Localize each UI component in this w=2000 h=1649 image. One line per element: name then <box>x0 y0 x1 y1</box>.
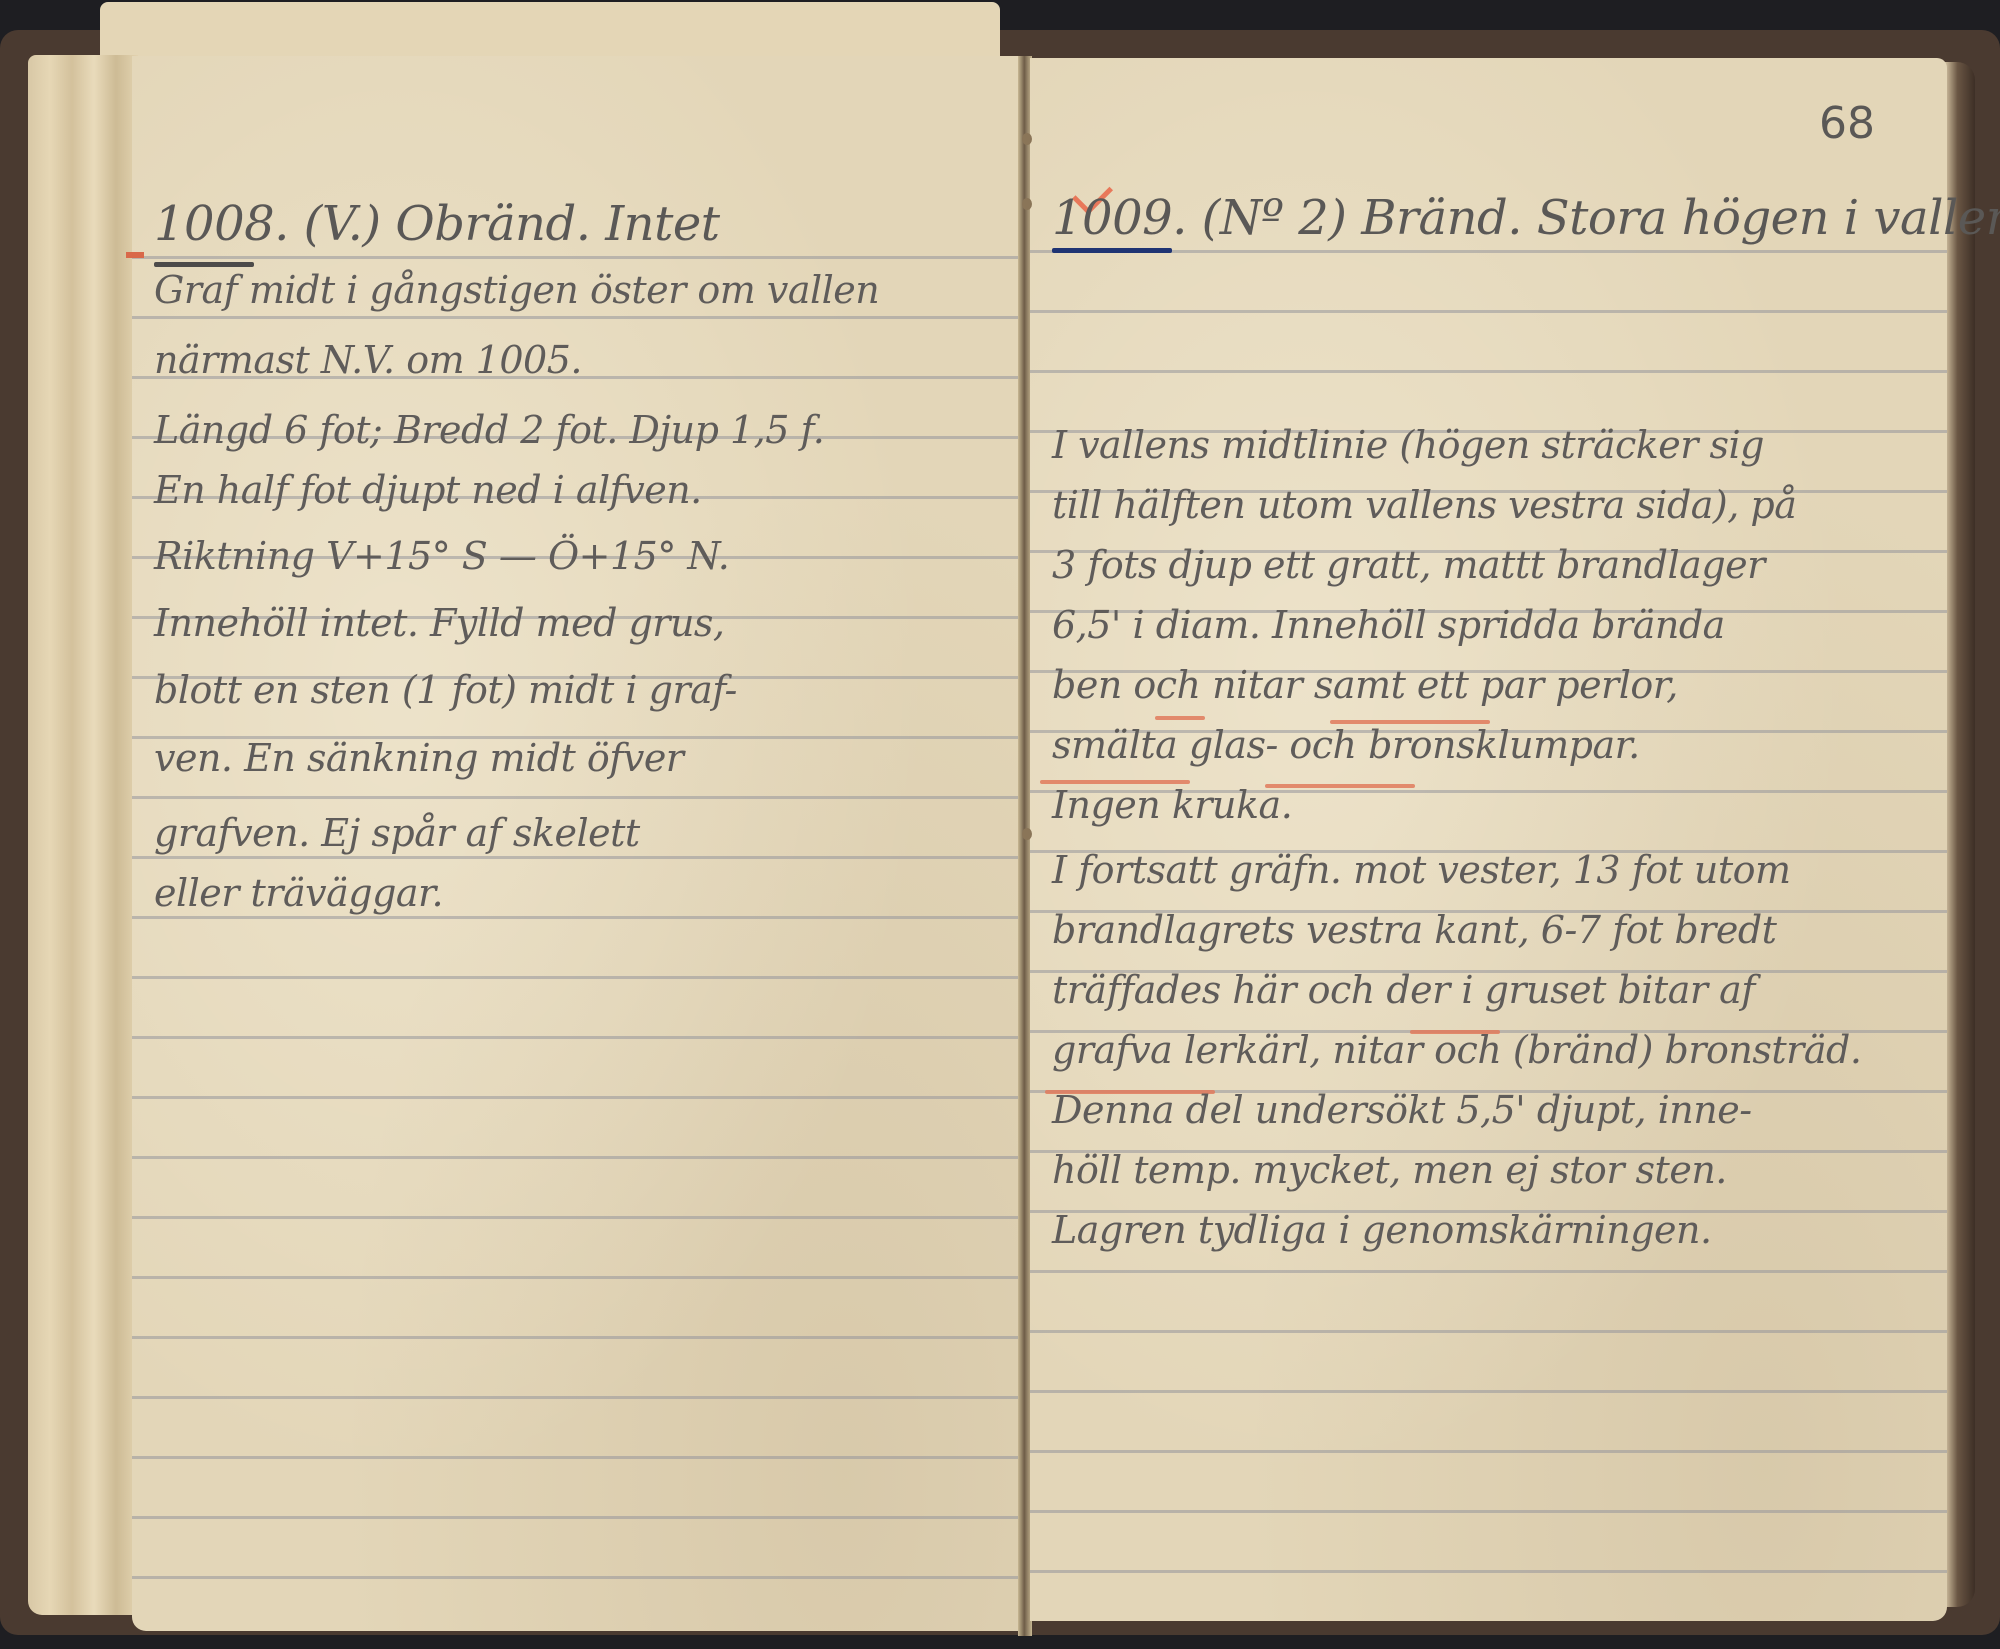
text-line: Riktning V+15° S — Ö+15° N. <box>154 534 729 578</box>
text-line: blott en sten (1 fot) midt i graf- <box>154 668 737 712</box>
text-line: I fortsatt gräfn. mot vester, 13 fot uto… <box>1052 848 1791 892</box>
rule-line <box>132 1156 1022 1159</box>
rule-line <box>132 976 1022 979</box>
text-line: 3 fots djup ett gratt, mattt brandlager <box>1052 543 1765 587</box>
text-line: Ingen kruka. <box>1052 783 1292 827</box>
rule-line <box>1030 1390 1947 1393</box>
text-line: I vallens midtlinie (högen sträcker sig <box>1052 423 1764 467</box>
page-number: 68 <box>1819 98 1875 149</box>
rule-line <box>132 1216 1022 1219</box>
binding-notch <box>1022 133 1032 145</box>
text-line: närmast N.V. om 1005. <box>154 338 582 382</box>
rule-line <box>1030 1570 1947 1573</box>
page-stack-top <box>100 2 1000 62</box>
rule-line <box>1030 1510 1947 1513</box>
entry-heading-1009: 1009. (Nº 2) Bränd. Stora högen i vallen <box>1052 190 2000 246</box>
red-margin-mark <box>126 252 144 258</box>
rule-line <box>1030 310 1947 313</box>
text-line: ben och nitar samt ett par perlor, <box>1052 663 1678 707</box>
rule-line <box>1030 1270 1947 1273</box>
entry-number-underline-blue <box>1052 248 1172 253</box>
text-line: brandlagrets vestra kant, 6-7 fot bredt <box>1052 908 1776 952</box>
text-line: eller träväggar. <box>154 871 443 915</box>
rule-line <box>132 796 1022 799</box>
text-line: höll temp. mycket, men ej stor sten. <box>1052 1148 1727 1192</box>
rule-line <box>132 1096 1022 1099</box>
rule-line <box>132 1456 1022 1459</box>
text-line: Längd 6 fot; Bredd 2 fot. Djup 1,5 f. <box>154 408 824 452</box>
rule-line <box>132 1516 1022 1519</box>
text-line: ven. En sänkning midt öfver <box>154 736 683 780</box>
entry-number-underline <box>154 262 254 267</box>
text-line: Denna del undersökt 5,5' djupt, inne- <box>1052 1088 1752 1132</box>
rule-line <box>132 1276 1022 1279</box>
red-underline <box>1155 716 1205 720</box>
text-line: grafva lerkärl, nitar och (bränd) bronst… <box>1052 1028 1861 1072</box>
left-page: 1008. (V.) Obränd. Intet Graf midt i gån… <box>132 56 1022 1631</box>
rule-line <box>132 1036 1022 1039</box>
text-line: till hälften utom vallens vestra sida), … <box>1052 483 1796 527</box>
binding-notch <box>1022 828 1032 840</box>
rule-line <box>132 916 1022 919</box>
rule-line <box>1030 1450 1947 1453</box>
rule-line <box>132 316 1022 319</box>
text-line: smälta glas- och bronsklumpar. <box>1052 723 1640 767</box>
rule-line <box>132 1336 1022 1339</box>
text-line: Graf midt i gångstigen öster om vallen <box>154 268 879 312</box>
text-line: Lagren tydliga i genomskärningen. <box>1052 1208 1712 1252</box>
text-line: En half fot djupt ned i alfven. <box>154 468 702 512</box>
text-line: 6,5' i diam. Innehöll spridda brända <box>1052 603 1725 647</box>
text-line: grafven. Ej spår af skelett <box>154 811 640 855</box>
rule-line <box>1030 1330 1947 1333</box>
rule-line <box>132 256 1022 259</box>
rule-line <box>132 1576 1022 1579</box>
text-line: träffades här och der i gruset bitar af <box>1052 968 1755 1012</box>
text-line: Innehöll intet. Fylld med grus, <box>154 601 725 645</box>
entry-heading-1008: 1008. (V.) Obränd. Intet <box>154 196 720 252</box>
rule-line <box>132 1396 1022 1399</box>
rule-line <box>132 856 1022 859</box>
rule-line <box>1030 370 1947 373</box>
binding-notch <box>1022 198 1032 210</box>
page-stack-left <box>28 55 138 1615</box>
right-page: 68 1009. (Nº 2) Bränd. Stora högen i val… <box>1030 58 1947 1621</box>
